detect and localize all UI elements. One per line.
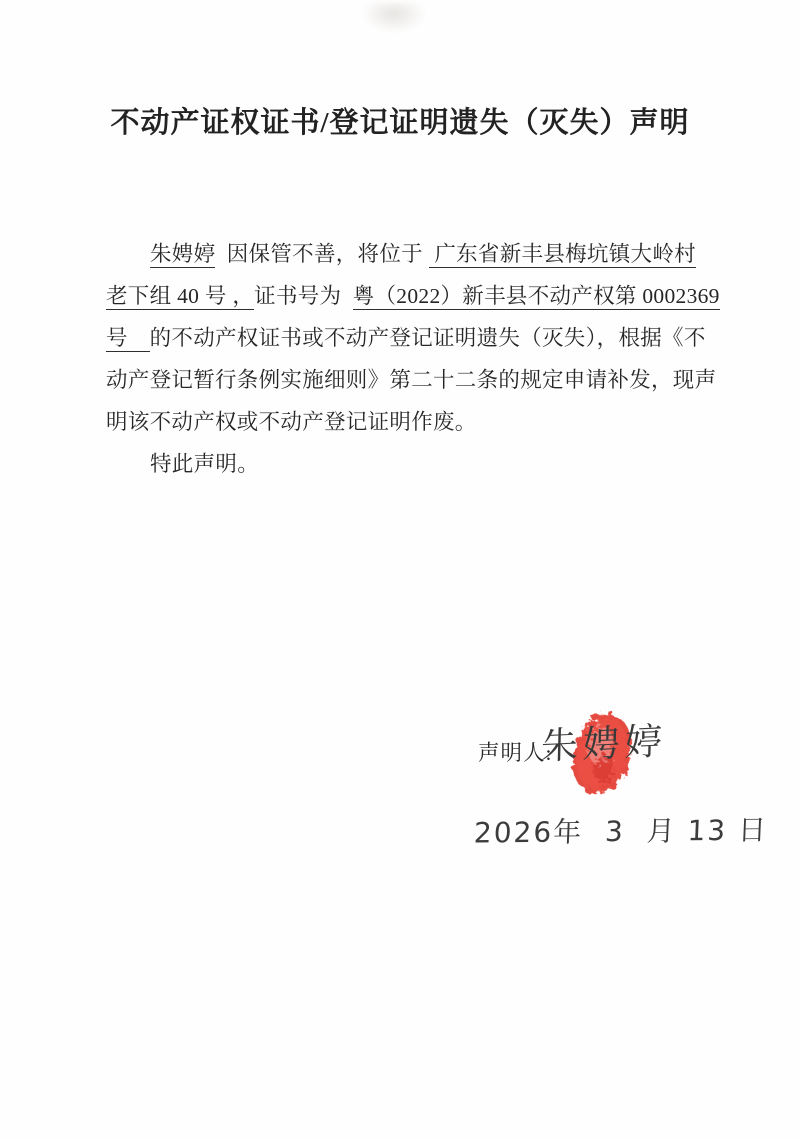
body-text-segment: 证书号为 bbox=[254, 284, 353, 308]
filled-blank-underlined: 朱娉婷 bbox=[150, 242, 215, 268]
body-text-segment: 的不动产权证书或不动产登记证明遗失（灭失），根据《不 bbox=[150, 326, 706, 350]
body-line: 号 的不动产权证书或不动产登记证明遗失（灭失），根据《不 bbox=[106, 317, 722, 359]
body-line: 动产登记暂行条例实施细则》第二十二条的规定申请补发，现声 bbox=[106, 359, 722, 401]
scan-smudge-mark bbox=[363, 2, 425, 32]
body-line: 老下组 40 号 ，证书号为 粤（2022）新丰县不动产权第 0002369 bbox=[106, 275, 722, 317]
body-text-segment: 动产登记暂行条例实施细则》第二十二条的规定申请补发，现声 bbox=[106, 368, 716, 392]
body-text-segment: 因保管不善，将位于 bbox=[215, 242, 428, 266]
filled-blank-underlined: 老下组 40 号 ， bbox=[106, 284, 254, 310]
body-text-segment: 特此声明。 bbox=[150, 452, 259, 476]
handwritten-signature: 朱娉婷 bbox=[540, 710, 667, 770]
body-line: 特此声明。 bbox=[106, 443, 722, 485]
handwritten-date: 2026年 3 月 13 日 bbox=[473, 808, 769, 851]
body-text-segment: 明该不动产权或不动产登记证明作废。 bbox=[106, 410, 477, 434]
body-line: 明该不动产权或不动产登记证明作废。 bbox=[106, 401, 722, 443]
filled-blank-underlined: 号 bbox=[106, 326, 150, 352]
document-title: 不动产证权证书/登记证明遗失（灭失）声明 bbox=[0, 100, 800, 141]
filled-blank-underlined: 广东省新丰县梅坑镇大岭村 bbox=[429, 242, 696, 268]
body-line: 朱娉婷 因保管不善，将位于 广东省新丰县梅坑镇大岭村 bbox=[106, 233, 722, 275]
scanned-declaration-page: 不动产证权证书/登记证明遗失（灭失）声明 朱娉婷 因保管不善，将位于 广东省新丰… bbox=[0, 0, 800, 1138]
filled-blank-underlined: 粤（2022）新丰县不动产权第 0002369 bbox=[353, 284, 720, 310]
body-paragraph: 朱娉婷 因保管不善，将位于 广东省新丰县梅坑镇大岭村老下组 40 号 ，证书号为… bbox=[106, 233, 722, 485]
